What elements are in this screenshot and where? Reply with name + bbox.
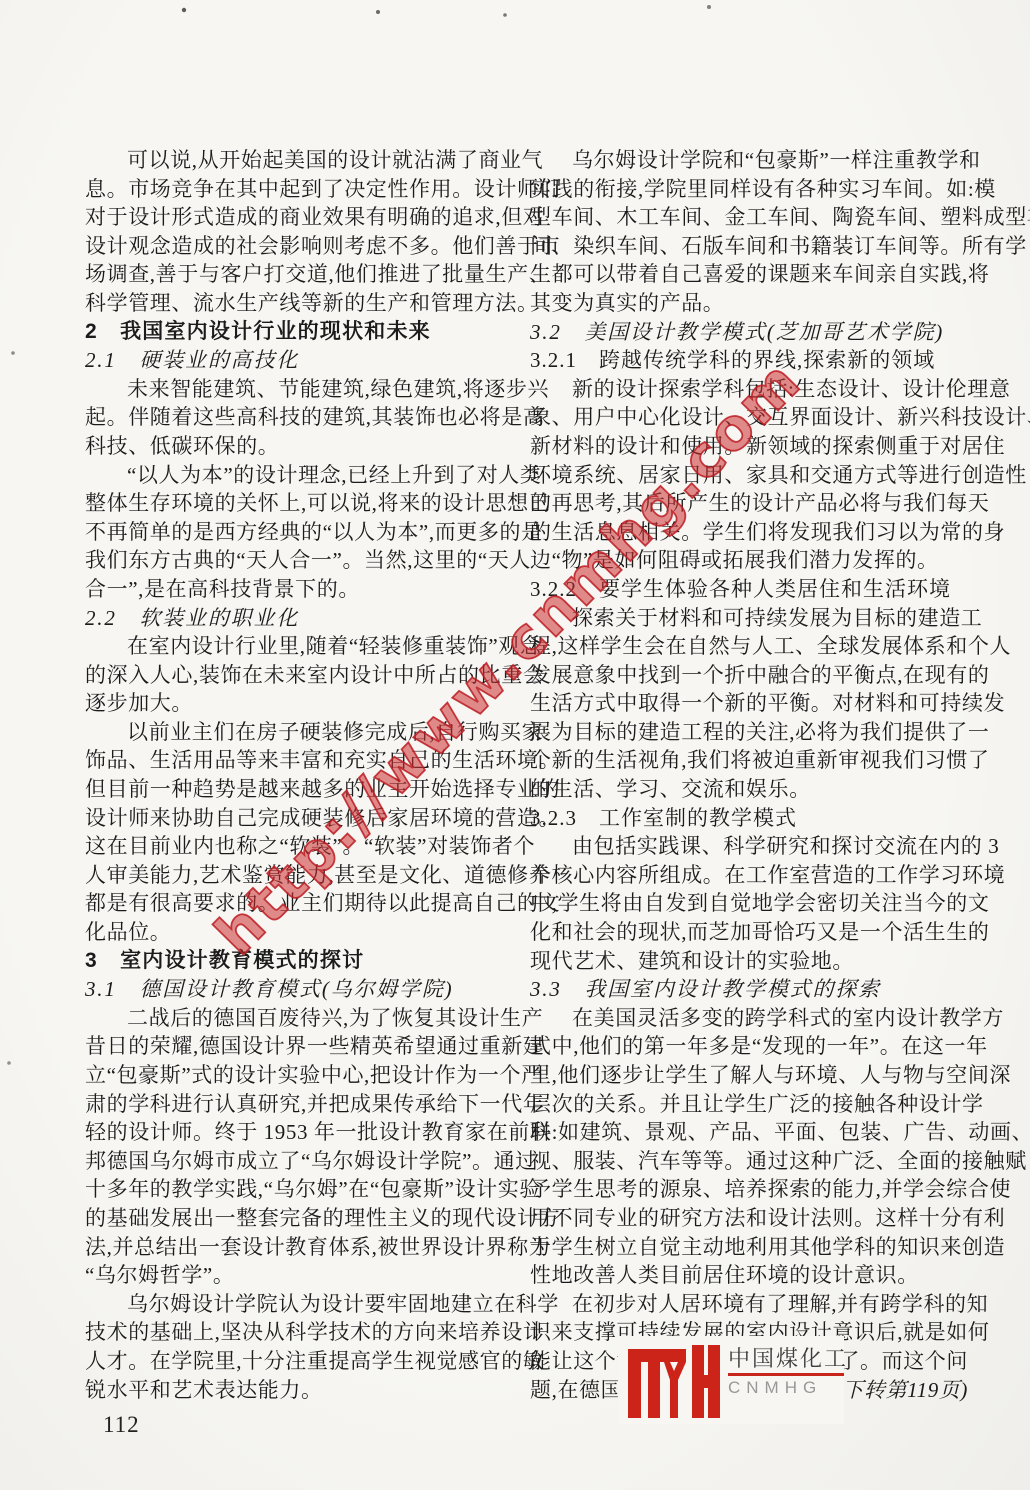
text-line: 但目前一种趋势是越来越多的业主开始选择专业的 xyxy=(85,775,523,804)
text-line: 中,学生将由自发到自觉地学会密切关注当今的文 xyxy=(530,889,968,918)
text-line: 饰品、生活用品等来丰富和充实自己的生活环境。 xyxy=(85,746,523,775)
text-line: 科技、低碳环保的。 xyxy=(85,432,523,461)
text-line: 发展意象中找到一个折中融合的平衡点,在现有的 xyxy=(530,661,968,690)
text-line: 3.2.3 工作室制的教学模式 xyxy=(530,804,968,833)
text-line: 生活方式中取得一个新的平衡。对材料和可持续发 xyxy=(530,689,968,718)
text-line: 3.1 德国设计教育模式(乌尔姆学院) xyxy=(85,975,523,1004)
text-line: 场调查,善于与客户打交道,他们推进了批量生产、 xyxy=(85,260,523,289)
text-line: 在初步对人居环境有了理解,并有跨学科的知 xyxy=(530,1290,968,1319)
text-line: 的深入人心,装饰在未来室内设计中所占的比重会 xyxy=(85,661,523,690)
text-line-right-segment: 了。而这个问 xyxy=(838,1347,968,1376)
text-line: 新材料的设计和使用。新领域的探索侧重于对居住 xyxy=(530,432,968,461)
text-line: 间、染织车间、石版车间和书籍装订车间等。所有学 xyxy=(530,232,968,261)
text-line: 轻的设计师。终于 1953 年一批设计教育家在前联 xyxy=(85,1118,523,1147)
text-line: 3.2 美国设计教学模式(芝加哥艺术学院) xyxy=(530,318,968,347)
scanned-paper-page: 可以说,从开始起美国的设计就沾满了商业气息。市场竞争在其中起到了决定性作用。设计… xyxy=(0,0,1030,1490)
text-line: 个新的生活视角,我们将被迫重新审视我们习惯了 xyxy=(530,746,968,775)
text-line: 锐水平和艺术表达能力。 xyxy=(85,1376,523,1405)
text-line: 十多年的教学实践,“乌尔姆”在“包豪斯”设计实验 xyxy=(85,1175,523,1204)
text-line: 合一”,是在高科技背景下的。 xyxy=(85,575,523,604)
text-line: 科学管理、流水生产线等新的生产和管理方法。 xyxy=(85,289,523,318)
text-line: 现代艺术、建筑和设计的实验地。 xyxy=(530,947,968,976)
text-line: 肃的学科进行认真研究,并把成果传承给下一代年 xyxy=(85,1090,523,1119)
text-line: 设计观念造成的社会影响则考虑不多。他们善于市 xyxy=(85,232,523,261)
text-line: 予学生思考的源泉、培养探索的能力,并学会综合使 xyxy=(530,1175,968,1204)
text-line: 在室内设计行业里,随着“轻装修重装饰”观念 xyxy=(85,632,523,661)
scan-noise-speckles xyxy=(0,0,2,2)
text-line: 环境系统、居家日用、家具和交通方式等进行创造性 xyxy=(530,461,968,490)
text-line: 2.2 软装业的职业化 xyxy=(85,604,523,633)
text-line: 都是有很高要求的。业主们期待以此提高自己的文 xyxy=(85,889,523,918)
text-line: 3 室内设计教育模式的探讨 xyxy=(85,947,523,976)
right-column: 乌尔姆设计学院和“包豪斯”一样注重教学和实践的衔接,学院里同样设有各种实习车间。… xyxy=(530,146,968,1404)
cnmhg-logo-text: 中国煤化工 CNMHG xyxy=(728,1346,848,1398)
text-line: 息。市场竞争在其中起到了决定性作用。设计师们 xyxy=(85,175,523,204)
text-line: 的基础发展出一整套完备的理性主义的现代设计方 xyxy=(85,1204,523,1233)
text-line: 程,这样学生会在自然与人工、全球发展体系和个人 xyxy=(530,632,968,661)
text-line: 里,他们逐步让学生了解人与环境、人与物与空间深 xyxy=(530,1061,968,1090)
text-line: 其变为真实的产品。 xyxy=(530,289,968,318)
text-line: 法,并总结出一套设计教育体系,被世界设计界称为 xyxy=(85,1233,523,1262)
text-line: 实践的衔接,学院里同样设有各种实习车间。如:模 xyxy=(530,175,968,204)
text-line: 探索关于材料和可持续发展为目标的建造工 xyxy=(530,604,968,633)
logo-latin-label: CNMHG xyxy=(728,1378,848,1398)
cnmhg-logo-stamp: 中国煤化工 CNMHG xyxy=(618,1336,844,1424)
text-line: 用不同专业的研究方法和设计法则。这样十分有利 xyxy=(530,1204,968,1233)
text-line: 3.3 我国室内设计教学模式的探索 xyxy=(530,975,968,1004)
text-line: 个核心内容所组成。在工作室营造的工作学习环境 xyxy=(530,861,968,890)
text-line: 型车间、木工车间、金工车间、陶瓷车间、塑料成型车 xyxy=(530,203,968,232)
text-line: 起。伴随着这些高科技的建筑,其装饰也必将是高 xyxy=(85,403,523,432)
text-line: 二战后的德国百废待兴,为了恢复其设计生产 xyxy=(85,1004,523,1033)
text-line: 人审美能力,艺术鉴赏能力,甚至是文化、道德修养 xyxy=(85,861,523,890)
page-number: 112 xyxy=(103,1412,140,1438)
text-line: 化品位。 xyxy=(85,918,523,947)
text-line: “乌尔姆哲学”。 xyxy=(85,1261,523,1290)
text-line: 2.1 硬装业的高技化 xyxy=(85,346,523,375)
text-line: 的生活、学习、交流和娱乐。 xyxy=(530,775,968,804)
text-line: 邦德国乌尔姆市成立了“乌尔姆设计学院”。通过 xyxy=(85,1147,523,1176)
text-line: 化和社会的现状,而芝加哥恰巧又是一个活生生的 xyxy=(530,918,968,947)
text-line: 可以说,从开始起美国的设计就沾满了商业气 xyxy=(85,146,523,175)
text-line: 2 我国室内设计行业的现状和未来 xyxy=(85,318,523,347)
text-line: 设计师来协助自己完成硬装修后家居环境的营造。 xyxy=(85,804,523,833)
text-line: 3.2.2 要学生体验各种人类居住和生活环境 xyxy=(530,575,968,604)
text-line: 整体生存环境的关怀上,可以说,将来的设计思想已 xyxy=(85,489,523,518)
text-line: 象、用户中心化设计、交互界面设计、新兴科技设计、 xyxy=(530,403,968,432)
text-line: 我们东方古典的“天人合一”。当然,这里的“天人 xyxy=(85,546,523,575)
text-line: 视、服装、汽车等等。通过这种广泛、全面的接触赋 xyxy=(530,1147,968,1176)
text-line: 不再简单的是西方经典的“以人为本”,而更多的是 xyxy=(85,518,523,547)
text-line: 由包括实践课、科学研究和探讨交流在内的 3 xyxy=(530,832,968,861)
text-line: 逐步加大。 xyxy=(85,689,523,718)
text-line: 新的设计探索学科包括:生态设计、设计伦理意 xyxy=(530,375,968,404)
text-line: 边“物”是如何阻碍或拓展我们潜力发挥的。 xyxy=(530,546,968,575)
text-line: 在美国灵活多变的跨学科式的室内设计教学方 xyxy=(530,1004,968,1033)
text-line: 这在目前业内也称之“软装”。“软装”对装饰者个 xyxy=(85,832,523,861)
text-line: 乌尔姆设计学院认为设计要牢固地建立在科学 xyxy=(85,1290,523,1319)
logo-red-rule xyxy=(728,1373,844,1376)
text-line: 乌尔姆设计学院和“包豪斯”一样注重教学和 xyxy=(530,146,968,175)
text-line: 科:如建筑、景观、产品、平面、包装、广告、动画、影 xyxy=(530,1118,968,1147)
cnmhg-logo-icon xyxy=(628,1344,720,1418)
logo-chinese-label: 中国煤化工 xyxy=(728,1346,848,1372)
text-line: 式中,他们的第一年多是“发现的一年”。在这一年 xyxy=(530,1032,968,1061)
text-line: 的生活息息相关。学生们将发现我们习以为常的身 xyxy=(530,518,968,547)
text-line: 生都可以带着自己喜爱的课题来车间亲自实践,将 xyxy=(530,260,968,289)
text-line: 技术的基础上,坚决从科学技术的方向来培养设计 xyxy=(85,1318,523,1347)
text-line: 对于设计形式造成的商业效果有明确的追求,但对 xyxy=(85,203,523,232)
text-line: 3.2.1 跨越传统学科的界线,探索新的领域 xyxy=(530,346,968,375)
left-column: 可以说,从开始起美国的设计就沾满了商业气息。市场竞争在其中起到了决定性作用。设计… xyxy=(85,146,523,1404)
text-line: 展为目标的建造工程的关注,必将为我们提供了一 xyxy=(530,718,968,747)
text-line: 于学生树立自觉主动地利用其他学科的知识来创造 xyxy=(530,1233,968,1262)
text-line: 的再思考,其后所产生的设计产品必将与我们每天 xyxy=(530,489,968,518)
text-line: 未来智能建筑、节能建筑,绿色建筑,将逐步兴 xyxy=(85,375,523,404)
text-line-left-segment: 题,在德国 xyxy=(530,1376,622,1405)
text-line: 人才。在学院里,十分注重提高学生视觉感官的敏 xyxy=(85,1347,523,1376)
text-line: “以人为本”的设计理念,已经上升到了对人类 xyxy=(85,461,523,490)
text-line: 层次的关系。并且让学生广泛的接触各种设计学 xyxy=(530,1090,968,1119)
text-line-right-segment: (下转第119页) xyxy=(835,1376,968,1405)
text-line: 以前业主们在房子硬装修完成后,自行购买家 xyxy=(85,718,523,747)
text-line: 性地改善人类目前居住环境的设计意识。 xyxy=(530,1261,968,1290)
text-line: 立“包豪斯”式的设计实验中心,把设计作为一个严 xyxy=(85,1061,523,1090)
text-line: 昔日的荣耀,德国设计界一些精英希望通过重新建 xyxy=(85,1032,523,1061)
